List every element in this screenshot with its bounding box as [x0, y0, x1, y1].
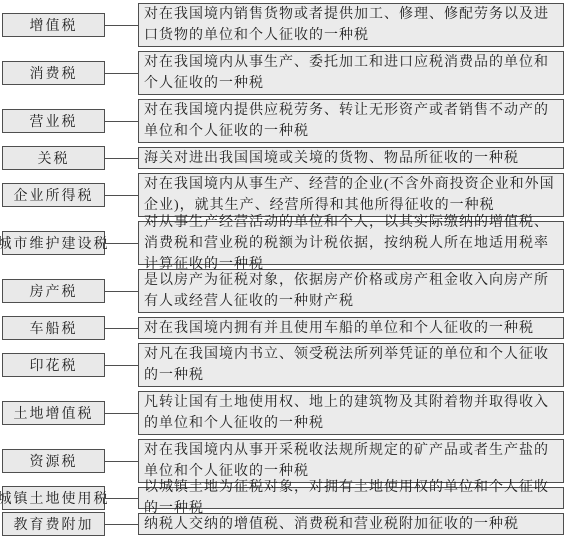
label-cell: 教育费附加 [2, 512, 138, 536]
tax-desc: 是以房产为征税对象，依据房产价格或房产租金收入向房产所有人或经营人征收的一种财产… [144, 270, 558, 312]
tax-desc: 对从事生产经营活动的单位和个人，以其实际缴纳的增值税、消费税和营业税的税额为计税… [144, 212, 558, 275]
label-cell: 车船税 [2, 316, 138, 340]
connector-line [105, 73, 138, 74]
tax-desc-box: 对在我国境内从事生产、经营的企业(不含外商投资企业和外国企业)，就其生产、经营所… [138, 173, 564, 217]
row-stamp-tax: 印花税 对凡在我国境内书立、领受税法所列举凭证的单位和个人征收的一种税 [2, 343, 564, 387]
tax-desc-box: 凡转让国有土地使用权、地上的建筑物及其附着物并取得收入的单位和个人征收的一种税 [138, 391, 564, 435]
tax-desc-box: 对在我国境内提供应税劳务、转让无形资产或者销售不动产的单位和个人征收的一种税 [138, 99, 564, 143]
connector-line [105, 328, 138, 329]
label-cell: 资源税 [2, 449, 138, 473]
tax-desc: 凡转让国有土地使用权、地上的建筑物及其附着物并取得收入的单位和个人征收的一种税 [144, 392, 558, 434]
row-urban-maintenance-construction-tax: 城市维护建设税 对从事生产经营活动的单位和个人，以其实际缴纳的增值税、消费税和营… [2, 221, 564, 265]
label-cell: 消费税 [2, 61, 138, 85]
row-consumption-tax: 消费税 对在我国境内从事生产、委托加工和进口应税消费品的单位和个人征收的一种税 [2, 51, 564, 95]
row-education-surcharge: 教育费附加 纳税人交纳的增值税、消费税和营业税附加征收的一种税 [2, 513, 564, 535]
tax-name-box: 营业税 [2, 109, 105, 133]
row-business-tax: 营业税 对在我国境内提供应税劳务、转让无形资产或者销售不动产的单位和个人征收的一… [2, 99, 564, 143]
tax-name: 土地增值税 [14, 403, 94, 423]
tax-name: 资源税 [30, 451, 78, 471]
tax-desc-box: 对凡在我国境内书立、领受税法所列举凭证的单位和个人征收的一种税 [138, 343, 564, 387]
label-cell: 关税 [2, 146, 138, 170]
connector-line [105, 291, 138, 292]
tax-name-box: 房产税 [2, 279, 105, 303]
tax-name: 车船税 [30, 318, 78, 338]
connector-line [105, 195, 138, 196]
row-vehicle-vessel-tax: 车船税 对在我国境内拥有并且使用车船的单位和个人征收的一种税 [2, 317, 564, 339]
tax-desc-box: 以城镇土地为征税对象，对拥有土地使用权的单位和个人征收的一种税 [138, 487, 564, 509]
connector-line [105, 498, 138, 499]
tax-desc: 纳税人交纳的增值税、消费税和营业税附加征收的一种税 [144, 514, 519, 535]
connector-line [105, 413, 138, 414]
tax-name: 印花税 [30, 355, 78, 375]
label-cell: 房产税 [2, 279, 138, 303]
row-customs-duty: 关税 海关对进出我国国境或关境的货物、物品所征收的一种税 [2, 147, 564, 169]
tax-name-box: 关税 [2, 146, 105, 170]
tax-desc: 对在我国境内拥有并且使用车船的单位和个人征收的一种税 [144, 318, 534, 339]
tax-desc: 对在我国境内从事生产、经营的企业(不含外商投资企业和外国企业)，就其生产、经营所… [144, 174, 558, 216]
tax-name-box: 消费税 [2, 61, 105, 85]
label-cell: 城市维护建设税 [2, 231, 138, 255]
connector-line [105, 365, 138, 366]
tax-name-box: 城市维护建设税 [2, 231, 105, 255]
tax-name: 企业所得税 [14, 185, 94, 205]
tax-name-box: 车船税 [2, 316, 105, 340]
tax-name: 营业税 [30, 111, 78, 131]
connector-line [105, 524, 138, 525]
tax-desc-box: 对在我国境内销售货物或者提供加工、修理、修配劳务以及进口货物的单位和个人征收的一… [138, 3, 564, 47]
tax-desc: 对在我国境内提供应税劳务、转让无形资产或者销售不动产的单位和个人征收的一种税 [144, 100, 558, 142]
tax-desc: 对在我国境内从事生产、委托加工和进口应税消费品的单位和个人征收的一种税 [144, 52, 558, 94]
tax-types-diagram: 增值税 对在我国境内销售货物或者提供加工、修理、修配劳务以及进口货物的单位和个人… [0, 0, 566, 537]
tax-desc-box: 对在我国境内拥有并且使用车船的单位和个人征收的一种税 [138, 317, 564, 339]
tax-name: 城市维护建设税 [0, 233, 110, 253]
tax-name: 关税 [38, 148, 70, 168]
tax-desc-box: 对从事生产经营活动的单位和个人，以其实际缴纳的增值税、消费税和营业税的税额为计税… [138, 221, 564, 265]
row-value-added-tax: 增值税 对在我国境内销售货物或者提供加工、修理、修配劳务以及进口货物的单位和个人… [2, 3, 564, 47]
tax-desc: 对凡在我国境内书立、领受税法所列举凭证的单位和个人征收的一种税 [144, 344, 558, 386]
tax-desc-box: 对在我国境内从事生产、委托加工和进口应税消费品的单位和个人征收的一种税 [138, 51, 564, 95]
label-cell: 增值税 [2, 13, 138, 37]
connector-line [105, 25, 138, 26]
row-urban-land-use-tax: 城镇土地使用税 以城镇土地为征税对象，对拥有土地使用权的单位和个人征收的一种税 [2, 487, 564, 509]
row-house-property-tax: 房产税 是以房产为征税对象，依据房产价格或房产租金收入向房产所有人或经营人征收的… [2, 269, 564, 313]
connector-line [105, 461, 138, 462]
tax-desc: 海关对进出我国国境或关境的货物、物品所征收的一种税 [144, 148, 519, 169]
tax-name-box: 企业所得税 [2, 183, 105, 207]
tax-desc-box: 纳税人交纳的增值税、消费税和营业税附加征收的一种税 [138, 513, 564, 535]
row-enterprise-income-tax: 企业所得税 对在我国境内从事生产、经营的企业(不含外商投资企业和外国企业)，就其… [2, 173, 564, 217]
label-cell: 企业所得税 [2, 183, 138, 207]
tax-name: 城镇土地使用税 [0, 488, 110, 508]
tax-name-box: 土地增值税 [2, 401, 105, 425]
connector-line [105, 121, 138, 122]
tax-name: 消费税 [30, 63, 78, 83]
tax-desc: 对在我国境内从事开采税收法规所规定的矿产品或者生产盐的单位和个人征收的一种税 [144, 440, 558, 482]
row-land-appreciation-tax: 土地增值税 凡转让国有土地使用权、地上的建筑物及其附着物并取得收入的单位和个人征… [2, 391, 564, 435]
label-cell: 印花税 [2, 353, 138, 377]
tax-name-box: 印花税 [2, 353, 105, 377]
tax-desc: 对在我国境内销售货物或者提供加工、修理、修配劳务以及进口货物的单位和个人征收的一… [144, 4, 558, 46]
tax-name-box: 教育费附加 [2, 512, 105, 536]
tax-desc-box: 海关对进出我国国境或关境的货物、物品所征收的一种税 [138, 147, 564, 169]
label-cell: 城镇土地使用税 [2, 486, 138, 510]
tax-name: 教育费附加 [14, 514, 94, 534]
tax-desc-box: 是以房产为征税对象，依据房产价格或房产租金收入向房产所有人或经营人征收的一种财产… [138, 269, 564, 313]
tax-name: 房产税 [30, 281, 78, 301]
tax-name: 增值税 [30, 15, 78, 35]
connector-line [105, 158, 138, 159]
tax-name-box: 城镇土地使用税 [2, 486, 105, 510]
tax-name-box: 资源税 [2, 449, 105, 473]
label-cell: 营业税 [2, 109, 138, 133]
tax-name-box: 增值税 [2, 13, 105, 37]
label-cell: 土地增值税 [2, 401, 138, 425]
connector-line [105, 243, 138, 244]
